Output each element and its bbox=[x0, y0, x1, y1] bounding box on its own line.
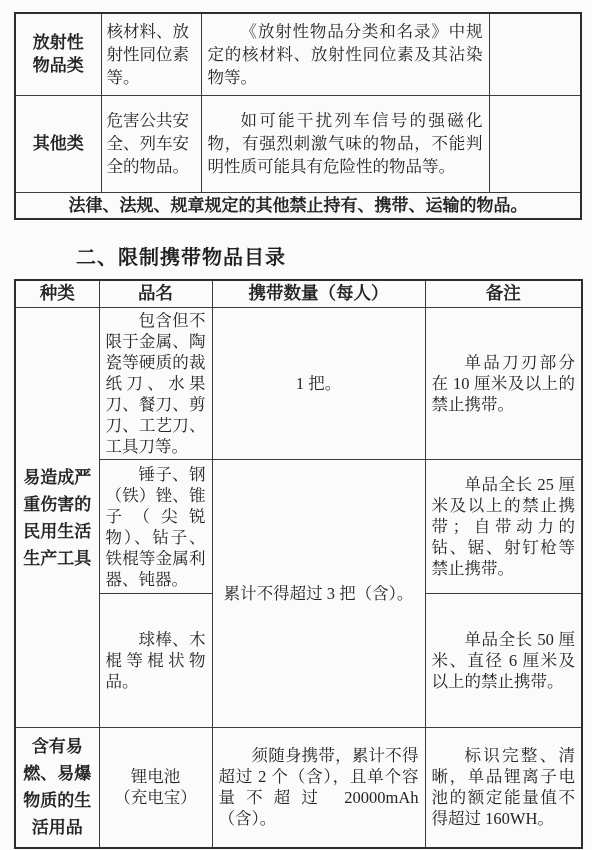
remark-cell: 单品刀刃部分在 10 厘米及以上的禁止携带。 bbox=[425, 308, 582, 460]
items-cell: 核材料、放射性同位素等。 bbox=[101, 13, 201, 95]
name-cell: 锤子、钢（铁）锉、锥子（尖锐物）、钻子、铁棍等金属利器、钝器。 bbox=[99, 460, 212, 594]
description-cell: 如可能干扰列车信号的强磁化物，有强烈刺激气味的物品，不能判明性质可能具有危险性的… bbox=[201, 95, 489, 192]
description-cell: 《放射性物品分类和名录》中规定的核材料、放射性同位素及其沾染物等。 bbox=[201, 13, 489, 95]
remark-cell: 单品全长 50 厘米、直径 6 厘米及以上的禁止携带。 bbox=[425, 594, 582, 728]
document-page: 放射性物品类 核材料、放射性同位素等。 《放射性物品分类和名录》中规定的核材料、… bbox=[0, 0, 592, 850]
category-cell: 放射性物品类 bbox=[15, 13, 101, 95]
column-header-name: 品名 bbox=[99, 280, 212, 308]
legal-footer-note: 法律、法规、规章规定的其他禁止持有、携带、运输的物品。 bbox=[15, 192, 581, 219]
column-header-remark: 备注 bbox=[425, 280, 582, 308]
restricted-items-table: 种类 品名 携带数量（每人） 备注 易造成严重伤害的民用生活生产工具 包含但不限… bbox=[14, 279, 583, 849]
quantity-cell-merged: 累计不得超过 3 把（含）。 bbox=[212, 460, 425, 728]
remark-cell bbox=[489, 13, 581, 95]
section-heading: 二、限制携带物品目录 bbox=[76, 241, 581, 270]
category-cell: 其他类 bbox=[15, 95, 101, 192]
remark-cell bbox=[489, 95, 581, 192]
table-row-other: 其他类 危害公共安全、列车安全的物品。 如可能干扰列车信号的强磁化物，有强烈刺激… bbox=[15, 95, 581, 192]
table-footer-row: 法律、法规、规章规定的其他禁止持有、携带、运输的物品。 bbox=[15, 192, 581, 219]
name-cell: 锂电池 （充电宝） bbox=[99, 728, 212, 848]
table-row-hammers: 锤子、钢（铁）锉、锥子（尖锐物）、钻子、铁棍等金属利器、钝器。 累计不得超过 3… bbox=[15, 460, 582, 594]
table-row-radioactive: 放射性物品类 核材料、放射性同位素等。 《放射性物品分类和名录》中规定的核材料、… bbox=[15, 13, 581, 95]
prohibited-items-table: 放射性物品类 核材料、放射性同位素等。 《放射性物品分类和名录》中规定的核材料、… bbox=[14, 12, 582, 220]
quantity-cell: 须随身携带，累计不得超过 2 个（含），且单个容量不超过 20000mAh（含）… bbox=[212, 728, 425, 848]
remark-cell: 标识完整、清晰，单品锂离子电池的额定能量值不得超过 160WH。 bbox=[425, 728, 582, 848]
quantity-cell: 1 把。 bbox=[212, 308, 425, 460]
remark-cell: 单品全长 25 厘米及以上的禁止携带；自带动力的钻、锯、射钉枪等禁止携带。 bbox=[425, 460, 582, 594]
items-cell: 危害公共安全、列车安全的物品。 bbox=[101, 95, 201, 192]
column-header-category: 种类 bbox=[15, 280, 99, 308]
name-cell: 包含但不限于金属、陶瓷等硬质的裁纸刀、水果刀、餐刀、剪刀、工艺刀、工具刀等。 bbox=[99, 308, 212, 460]
category-cell-tools: 易造成严重伤害的民用生活生产工具 bbox=[15, 308, 99, 728]
table-header-row: 种类 品名 携带数量（每人） 备注 bbox=[15, 280, 582, 308]
name-cell: 球棒、木棍等棍状物品。 bbox=[99, 594, 212, 728]
category-cell-flammable: 含有易燃、易爆物质的生活用品 bbox=[15, 728, 99, 848]
table-row-knives: 易造成严重伤害的民用生活生产工具 包含但不限于金属、陶瓷等硬质的裁纸刀、水果刀、… bbox=[15, 308, 582, 460]
table-row-lithium-battery: 含有易燃、易爆物质的生活用品 锂电池 （充电宝） 须随身携带，累计不得超过 2 … bbox=[15, 728, 582, 848]
column-header-quantity: 携带数量（每人） bbox=[212, 280, 425, 308]
